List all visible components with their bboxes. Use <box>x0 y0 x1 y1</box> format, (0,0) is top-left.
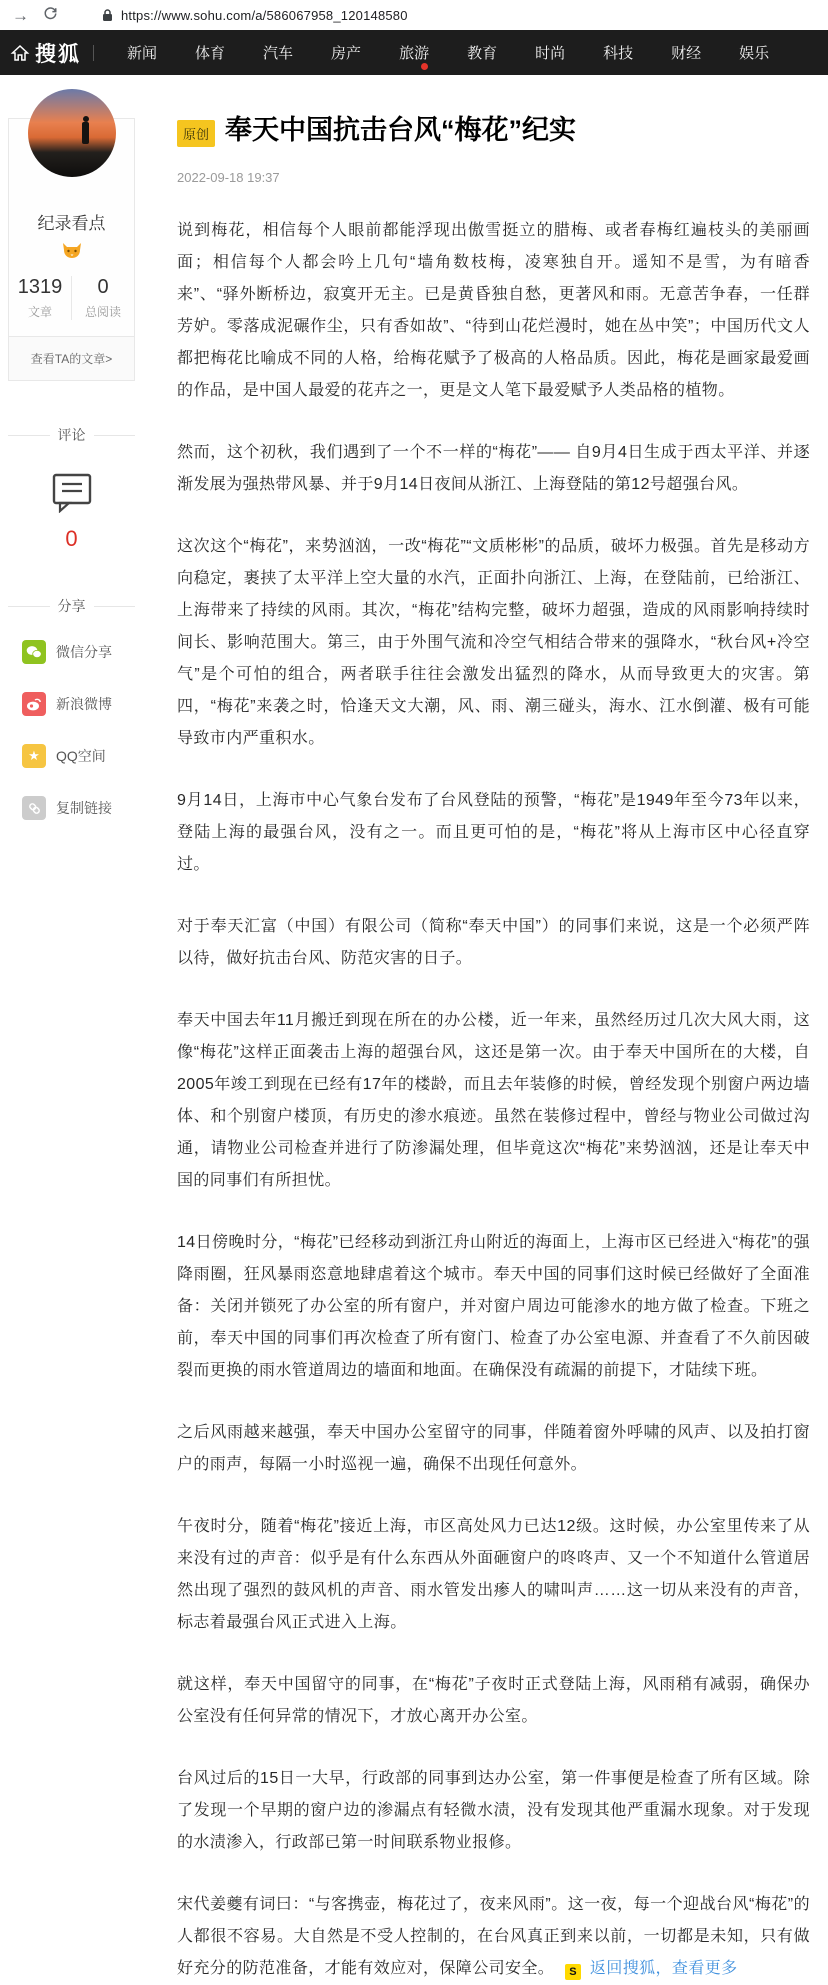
share-weibo[interactable]: 新浪微博 <box>22 692 135 716</box>
back-to-sohu-link[interactable]: 返回搜狐，查看更多 <box>590 1960 738 1977</box>
original-badge: 原创 <box>177 120 215 147</box>
paragraph: 就这样，奉天中国留守的同事，在“梅花”子夜时正式登陆上海，风雨稍有减弱，确保办公… <box>177 1669 810 1733</box>
paragraph: 9月14日，上海市中心气象台发布了台风登陆的预警，“梅花”是1949年至今73年… <box>177 785 810 881</box>
paragraph: 台风过后的15日一大早，行政部的同事到达办公室，第一件事便是检查了所有区域。除了… <box>177 1763 810 1859</box>
articles-count: 1319 <box>9 276 71 299</box>
paragraph: 对于奉天汇富（中国）有限公司（简称“奉天中国”）的同事们来说，这是一个必须严阵以… <box>177 911 810 975</box>
comments-block[interactable]: 0 <box>8 471 135 552</box>
stat-articles: 1319 文章 <box>9 276 72 320</box>
nav-item-auto[interactable]: 汽车 <box>263 42 293 63</box>
publish-date: 2022-09-18 19:37 <box>177 170 810 185</box>
nav-item-realestate[interactable]: 房产 <box>331 42 361 63</box>
wechat-icon <box>22 640 46 664</box>
sohu-logo-text: 搜狐 <box>35 38 81 68</box>
sohu-logo-icon: S <box>565 1964 581 1980</box>
nav-item-sports[interactable]: 体育 <box>195 42 225 63</box>
nav-item-travel[interactable]: 旅游 <box>399 42 429 63</box>
profile-stats: 1319 文章 0 总阅读 <box>9 276 134 336</box>
paragraph: 奉天中国去年11月搬迁到现在所在的办公楼，近一年来，虽然经历过几次大风大雨，这像… <box>177 1005 810 1197</box>
refresh-icon[interactable] <box>43 6 58 24</box>
notification-dot <box>421 63 428 70</box>
article-main: 原创 奉天中国抗击台风“梅花”纪实 2022-09-18 19:37 说到梅花，… <box>177 75 810 1985</box>
comment-count[interactable]: 0 <box>8 526 135 552</box>
share-section-header: 分享 <box>8 596 135 616</box>
url-text: https://www.sohu.com/a/586067958_1201485… <box>121 8 408 23</box>
stat-reads: 0 总阅读 <box>72 276 134 320</box>
nav-item-tech[interactable]: 科技 <box>603 42 633 63</box>
paragraph: 14日傍晚时分，“梅花”已经移动到浙江舟山附近的海面上，上海市区已经进入“梅花”… <box>177 1227 810 1387</box>
nav-item-news[interactable]: 新闻 <box>127 42 157 63</box>
nav-item-entertainment[interactable]: 娱乐 <box>739 42 769 63</box>
author-name[interactable]: 纪录看点 <box>9 209 134 234</box>
qzone-star-icon: ★ <box>22 744 46 768</box>
sohu-logo[interactable]: 搜狐 <box>10 38 81 68</box>
weibo-icon <box>22 692 46 716</box>
comment-bubble-icon <box>50 500 94 517</box>
comments-label: 评论 <box>50 425 94 445</box>
nav-item-education[interactable]: 教育 <box>467 42 497 63</box>
address-bar[interactable]: https://www.sohu.com/a/586067958_1201485… <box>102 8 408 23</box>
nav-item-fashion[interactable]: 时尚 <box>535 42 565 63</box>
nav-item-finance[interactable]: 财经 <box>671 42 701 63</box>
sidebar: 纪录看点 1319 文章 0 总阅读 查看TA的文章> 评论 0 分享 <box>8 88 135 848</box>
share-copy-link[interactable]: 复制链接 <box>22 796 135 820</box>
paragraph: 之后风雨越来越强，奉天中国办公室留守的同事，伴随着窗外呼啸的风声、以及拍打窗户的… <box>177 1417 810 1481</box>
avatar[interactable] <box>28 89 116 177</box>
nav-divider <box>93 45 94 61</box>
reads-label: 总阅读 <box>72 303 134 320</box>
home-icon <box>10 43 30 63</box>
reads-count: 0 <box>72 276 134 299</box>
copy-link-icon <box>22 796 46 820</box>
articles-label: 文章 <box>9 303 71 320</box>
paragraph: 说到梅花，相信每个人眼前都能浮现出傲雪挺立的腊梅、或者春梅红遍枝头的美丽画面；相… <box>177 215 810 407</box>
share-qzone[interactable]: ★ QQ空间 <box>22 744 135 768</box>
paragraph: 然而，这个初秋，我们遇到了一个不一样的“梅花”—— 自9月4日生成于西太平洋、并… <box>177 437 810 501</box>
paragraph: 这次这个“梅花”，来势汹汹，一改“梅花”“文质彬彬”的品质，破坏力极强。首先是移… <box>177 531 810 755</box>
share-wechat[interactable]: 微信分享 <box>22 640 135 664</box>
paragraph: 午夜时分，随着“梅花”接近上海，市区高处风力已达12级。这时候，办公室里传来了从… <box>177 1511 810 1639</box>
forward-arrow-icon[interactable]: → <box>12 7 29 24</box>
view-author-articles-button[interactable]: 查看TA的文章> <box>9 336 134 380</box>
fox-badge-icon <box>9 242 134 260</box>
paragraph-last: 宋代姜夔有词曰：“与客携壶，梅花过了，夜来风雨”。这一夜，每一个迎战台风“梅花”… <box>177 1889 810 1985</box>
share-list: 微信分享 新浪微博 ★ QQ空间 复制链接 <box>8 640 135 820</box>
article-title: 奉天中国抗击台风“梅花”纪实 <box>225 113 576 148</box>
author-profile-card: 纪录看点 1319 文章 0 总阅读 查看TA的文章> <box>8 118 135 381</box>
browser-toolbar: → https://www.sohu.com/a/586067958_12014… <box>0 0 828 30</box>
lock-icon <box>102 9 113 22</box>
comments-section-header: 评论 <box>8 425 135 445</box>
article-body: 说到梅花，相信每个人眼前都能浮现出傲雪挺立的腊梅、或者春梅红遍枝头的美丽画面；相… <box>177 215 810 1985</box>
top-navigation: 搜狐 新闻 体育 汽车 房产 旅游 教育 时尚 科技 财经 娱乐 <box>0 30 828 75</box>
share-label: 分享 <box>50 596 94 616</box>
